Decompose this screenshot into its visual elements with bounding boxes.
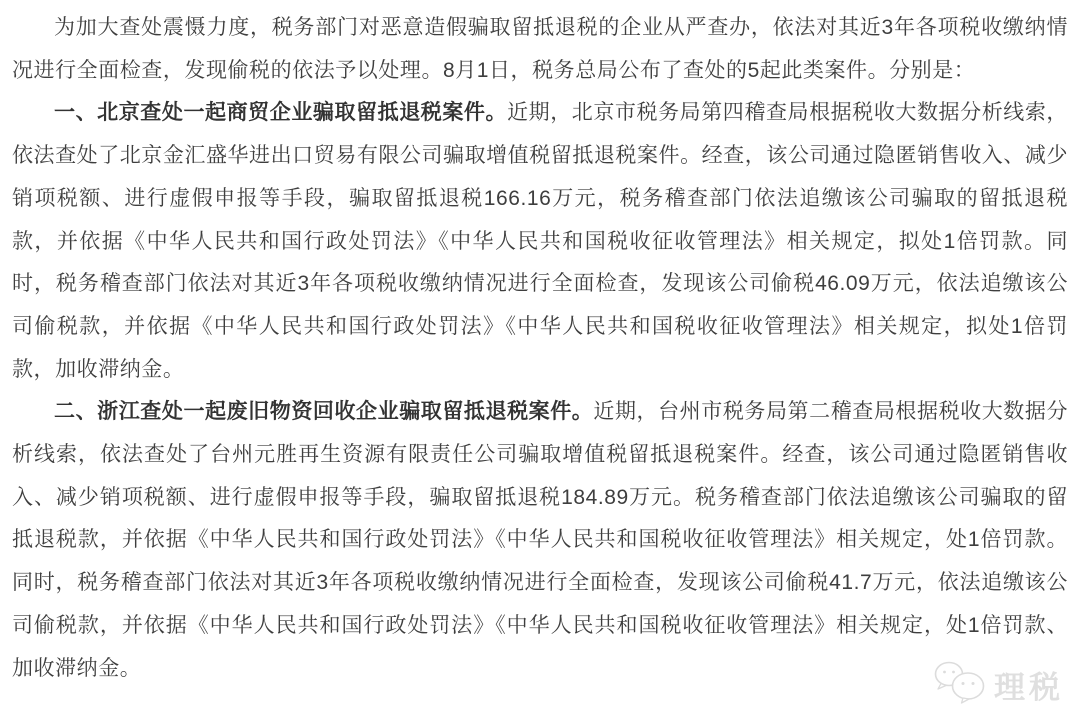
case-2-body: 近期，台州市税务局第二稽查局根据税收大数据分析线索，依法查处了台州元胜再生资源有… — [12, 400, 1068, 679]
intro-paragraph-text: 为加大查处震慑力度，税务部门对恶意造假骗取留抵退税的企业从严查办，依法对其近3年… — [12, 16, 1068, 82]
case-1-heading: 一、北京查处一起商贸企业骗取留抵退税案件。 — [54, 101, 507, 124]
case-1-paragraph: 一、北京查处一起商贸企业骗取留抵退税案件。近期，北京市税务局第四稽查局根据税收大… — [12, 92, 1068, 391]
case-2-heading: 二、浙江查处一起废旧物资回收企业骗取留抵退税案件。 — [54, 400, 593, 423]
intro-paragraph: 为加大查处震慑力度，税务部门对恶意造假骗取留抵退税的企业从严查办，依法对其近3年… — [12, 7, 1068, 92]
article-page: 为加大查处震慑力度，税务部门对恶意造假骗取留抵退税的企业从严查办，依法对其近3年… — [0, 0, 1080, 727]
case-2-paragraph: 二、浙江查处一起废旧物资回收企业骗取留抵退税案件。近期，台州市税务局第二稽查局根… — [12, 391, 1068, 690]
case-1-body: 近期，北京市税务局第四稽查局根据税收大数据分析线索，依法查处了北京金汇盛华进出口… — [12, 101, 1068, 380]
